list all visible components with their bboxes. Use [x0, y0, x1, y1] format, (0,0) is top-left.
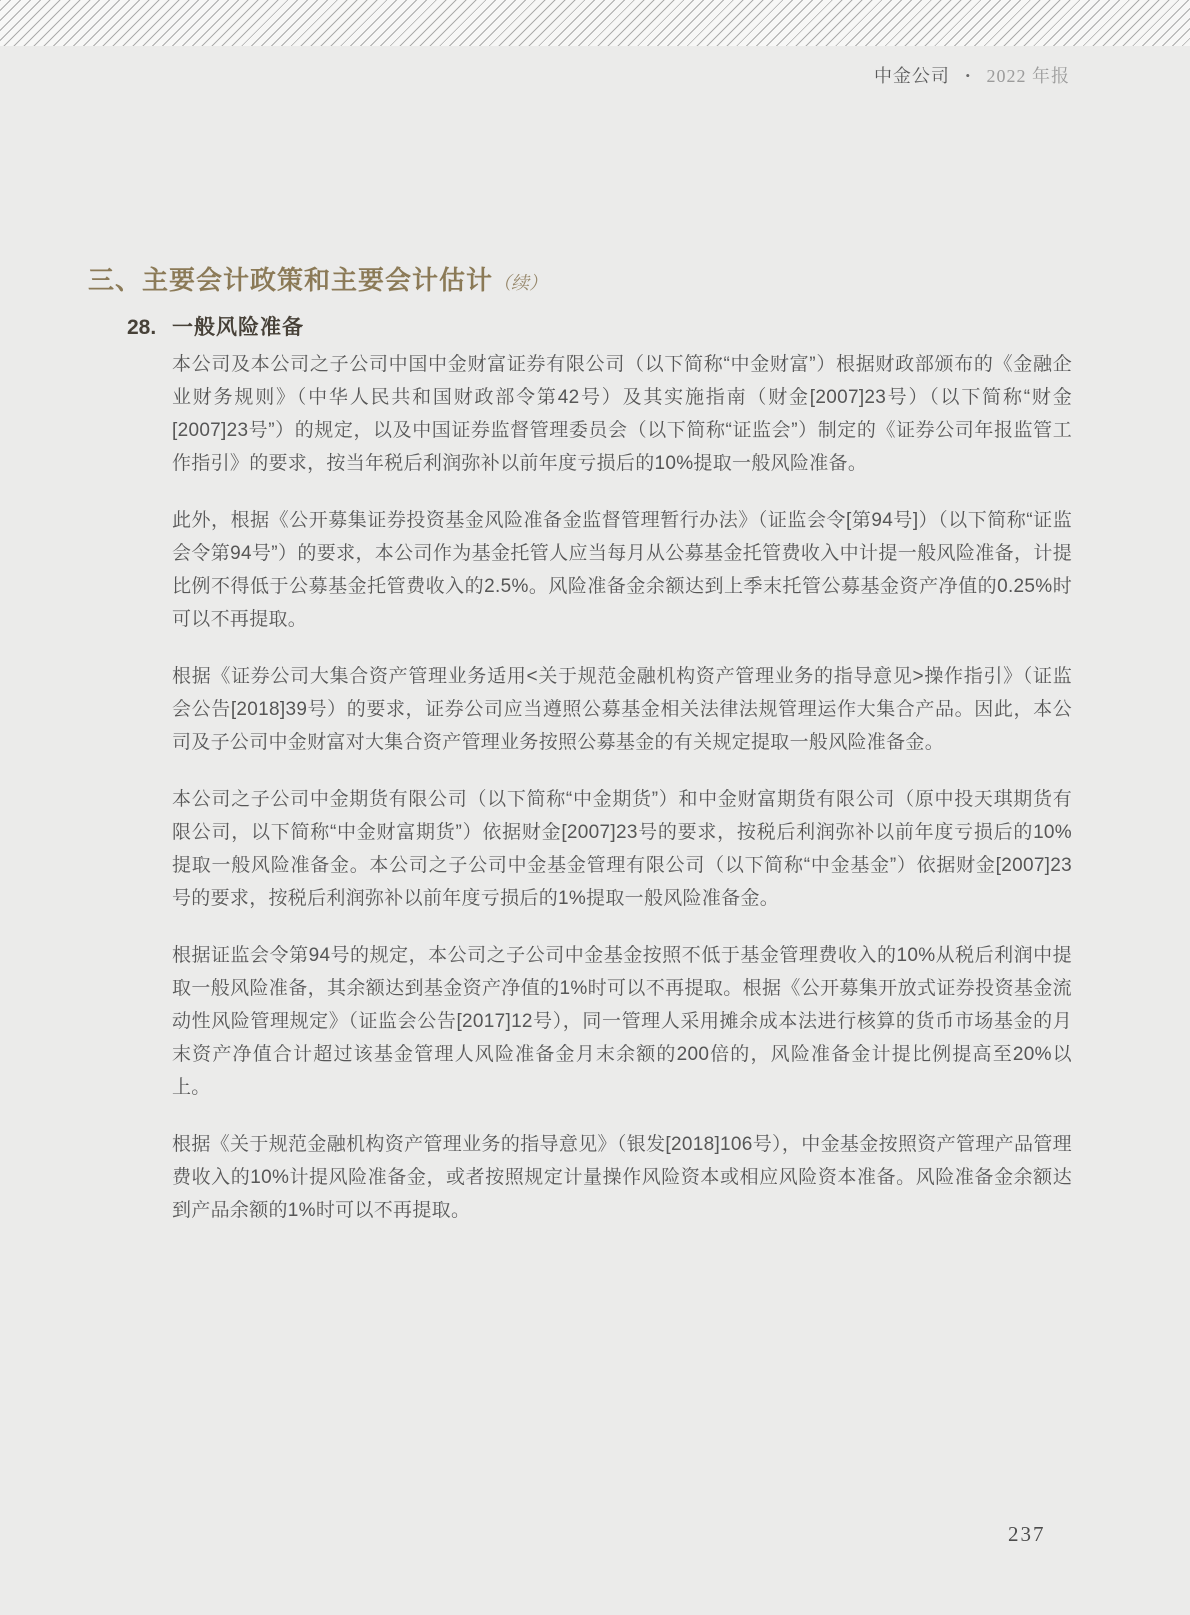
paragraph-3: 根据《证券公司大集合资产管理业务适用<关于规范金融机构资产管理业务的指导意见>操…	[172, 660, 1072, 759]
paragraph-1: 本公司及本公司之子公司中国中金财富证券有限公司（以下简称“中金财富”）根据财政部…	[172, 348, 1072, 480]
page-number: 237	[1008, 1522, 1046, 1547]
report-edition: 2022 年报	[987, 66, 1071, 86]
running-header: 中金公司 • 2022 年报	[874, 62, 1070, 88]
subsection-number: 28.	[127, 316, 172, 340]
bullet-separator-icon: •	[965, 68, 971, 83]
paragraph-4: 本公司之子公司中金期货有限公司（以下简称“中金期货”）和中金财富期货有限公司（原…	[172, 783, 1072, 915]
section-title-text: 三、主要会计政策和主要会计估计	[88, 265, 493, 295]
subsection-title-text: 一般风险准备	[172, 316, 304, 339]
paragraph-2: 此外，根据《公开募集证券投资基金风险准备金监督管理暂行办法》（证监会令[第94号…	[172, 504, 1072, 636]
body-text-column: 本公司及本公司之子公司中国中金财富证券有限公司（以下简称“中金财富”）根据财政部…	[172, 348, 1072, 1251]
section-title: 三、主要会计政策和主要会计估计（续）	[88, 260, 547, 297]
section-title-continued-suffix: （续）	[493, 273, 547, 293]
company-name: 中金公司	[874, 66, 950, 86]
paragraph-5: 根据证监会令第94号的规定，本公司之子公司中金基金按照不低于基金管理费收入的10…	[172, 939, 1072, 1104]
subsection-title: 28.一般风险准备	[127, 311, 304, 341]
paragraph-6: 根据《关于规范金融机构资产管理业务的指导意见》（银发[2018]106号），中金…	[172, 1128, 1072, 1227]
hatch-pattern-band	[0, 0, 1190, 46]
annual-report-page: 中金公司 • 2022 年报 三、主要会计政策和主要会计估计（续） 28.一般风…	[0, 0, 1190, 1615]
